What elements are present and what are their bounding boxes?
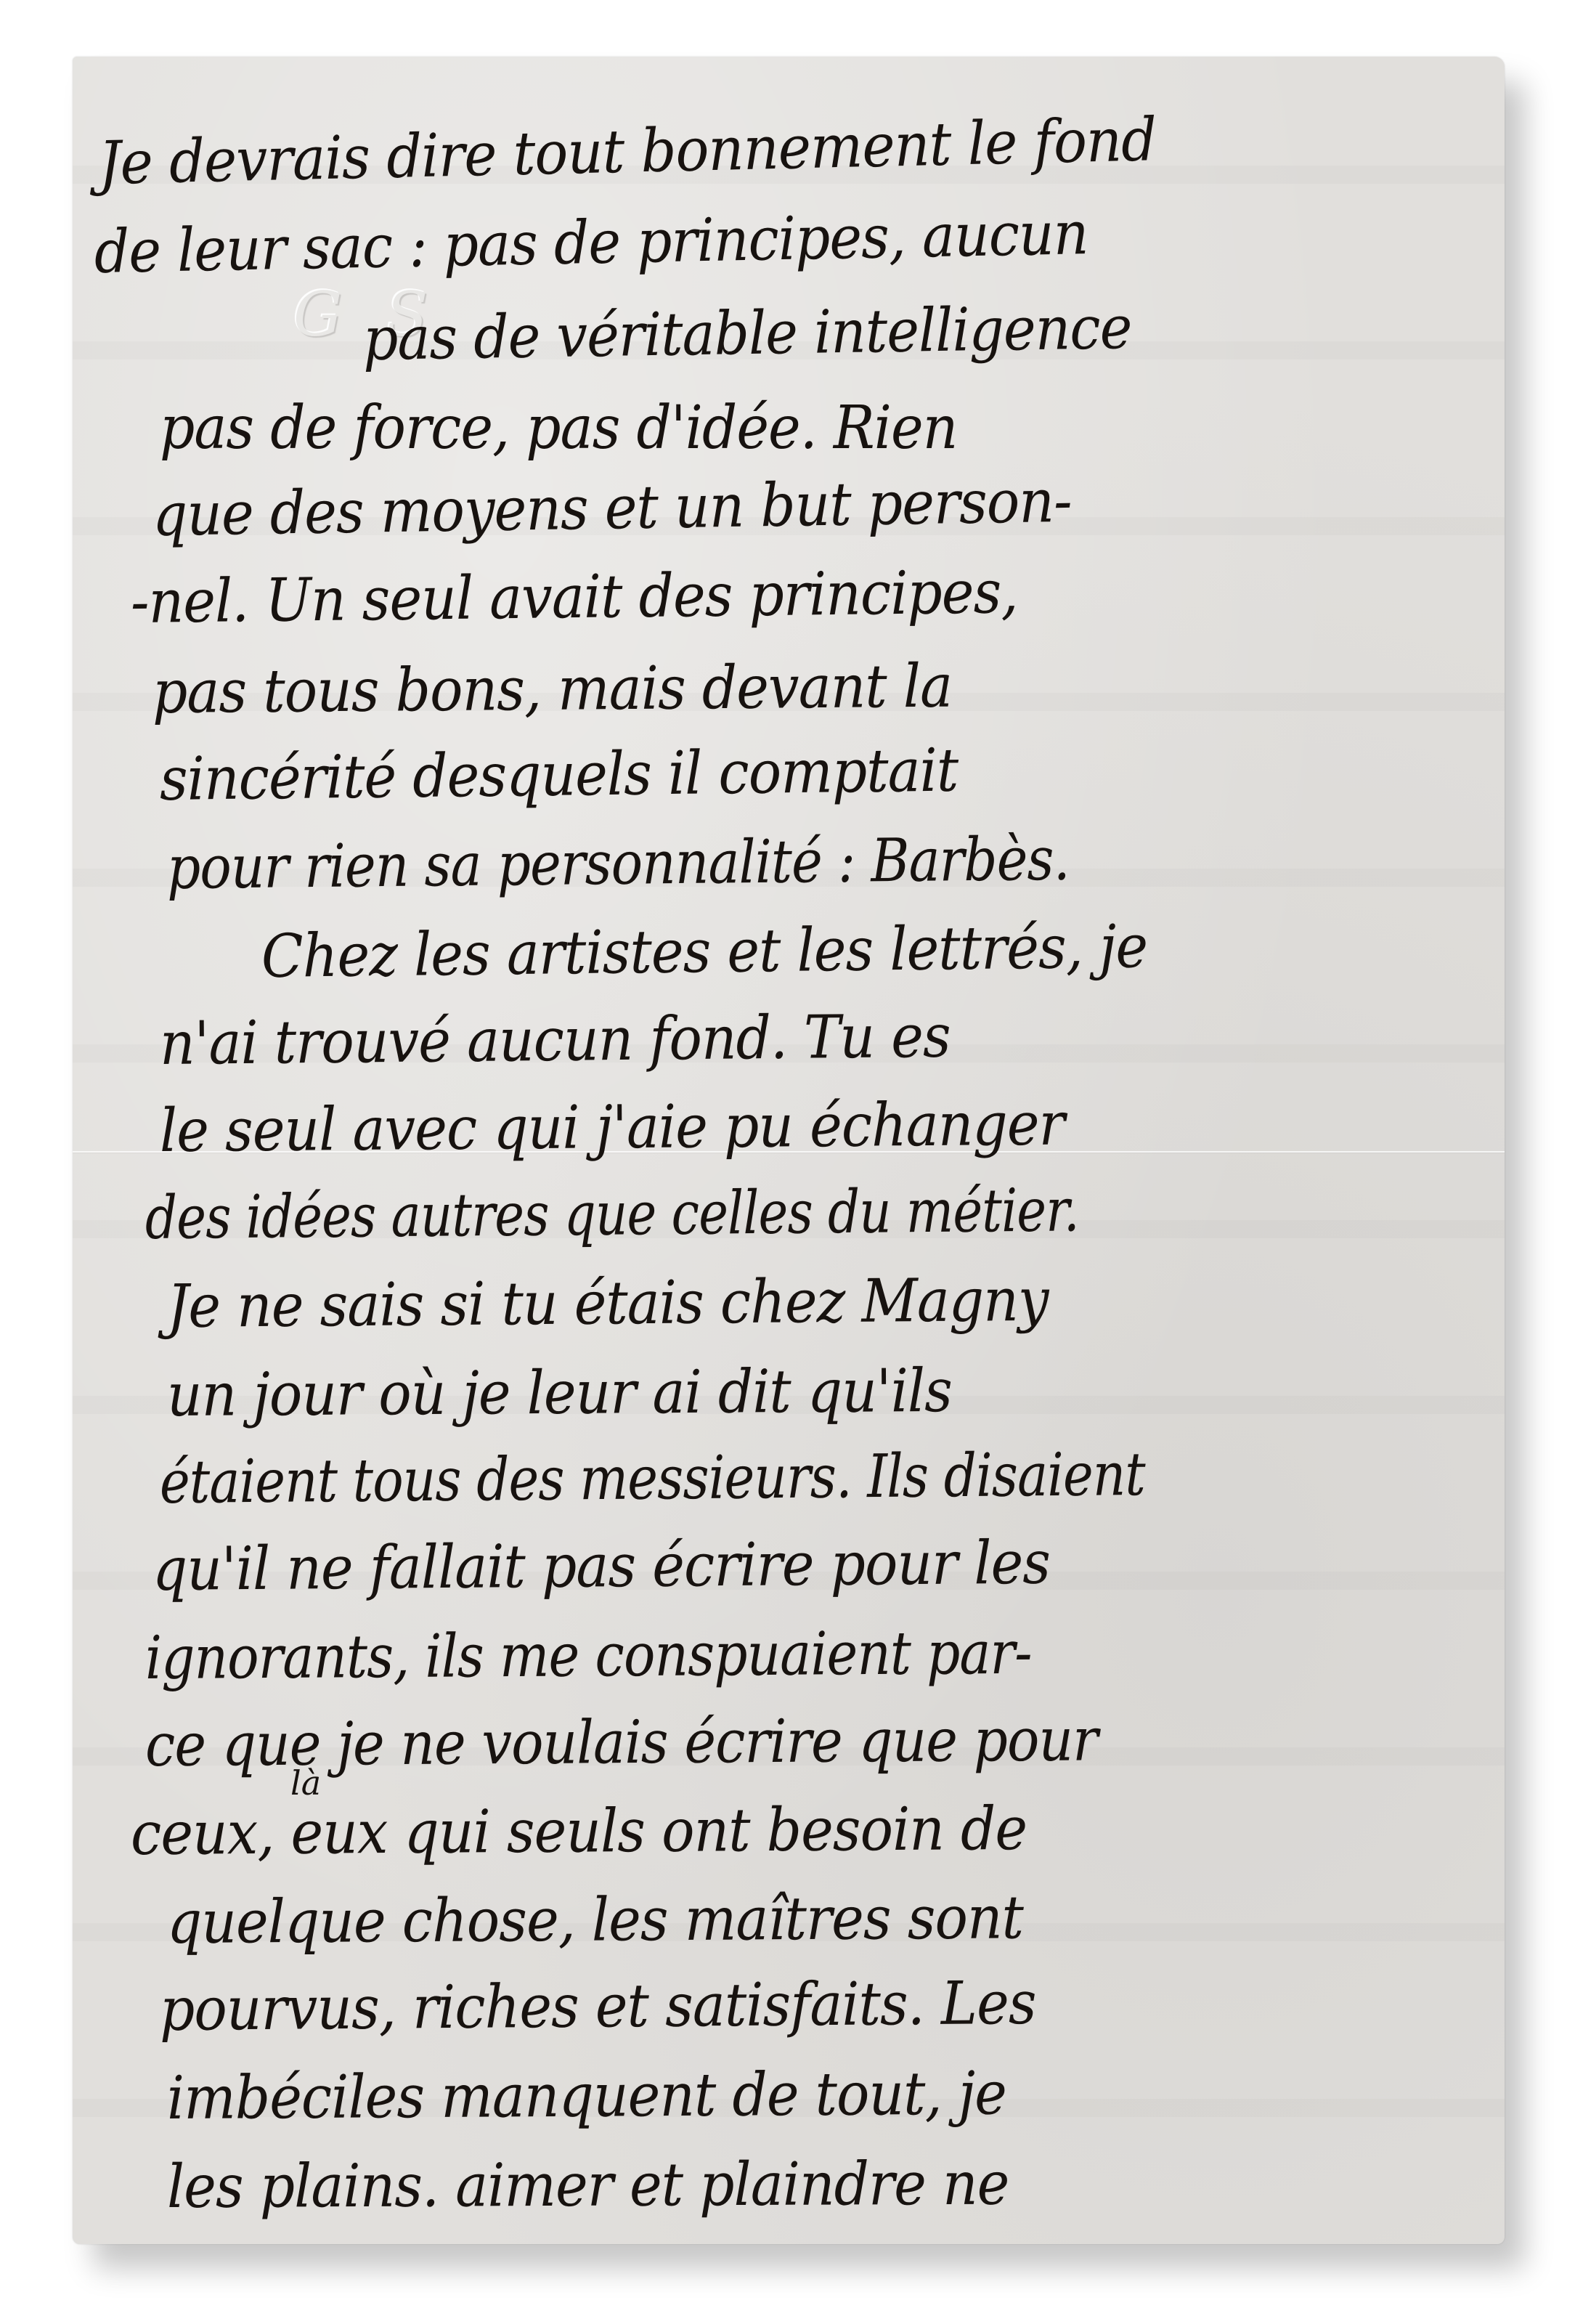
letter-line-21: quelque chose, les maîtres sont	[167, 1882, 1024, 1959]
letter-line-5: que des moyens et un but person-	[152, 466, 1072, 552]
letter-line-12: le seul avec qui j'aie pu échanger	[160, 1089, 1065, 1168]
letter-line-20: ceux, eux qui seuls ont besoin de	[131, 1793, 1027, 1871]
letter-line-4: pas de force, pas d'idée. Rien	[160, 392, 957, 465]
letter-line-13: des idées autres que celles du métier.	[145, 1174, 1079, 1255]
letter-line-6: -nel. Un seul avait des principes,	[131, 556, 1018, 639]
letter-line-18: ignorants, ils me conspuaient par-	[145, 1617, 1032, 1695]
letter-page: G S Je devrais dire tout bonnement le fo…	[73, 57, 1505, 2244]
letter-line-3: pas de véritable intelligence	[362, 292, 1132, 376]
letter-line-23: imbéciles manquent de tout, je	[167, 2057, 1006, 2135]
letter-line-10: Chez les artistes et les lettrés, je	[261, 911, 1148, 994]
letter-line-17: qu'il ne fallait pas écrire pour les	[152, 1527, 1051, 1606]
letter-line-15: un jour où je leur ai dit qu'ils	[167, 1355, 952, 1432]
letter-line-8: sincérité desquels il comptait	[160, 734, 959, 816]
letter-line-7: pas tous bons, mais devant la	[152, 651, 953, 729]
letter-line-1: Je devrais dire tout bonnement le fond	[98, 104, 1157, 200]
letter-line-2: de leur sac : pas de principes, aucun	[94, 198, 1088, 289]
line-2-text: de leur sac : pas de principes, aucun	[94, 199, 1088, 287]
letter-line-11: n'ai trouvé aucun fond. Tu es	[160, 1001, 951, 1081]
letter-line-9: pour rien sa personnalité : Barbès.	[167, 824, 1070, 905]
letter-line-22: pourvus, riches et satisfaits. Les	[160, 1967, 1036, 2047]
monogram-letter-g: G	[283, 275, 352, 354]
letter-line-16: étaient tous des messieurs. Ils disaient	[160, 1439, 1145, 1519]
letter-line-19: ce que je ne voulais écrire que pour	[145, 1704, 1098, 1782]
letter-line-14: Je ne sais si tu étais chez Magny	[167, 1264, 1049, 1344]
letter-line-24: les plains. aimer et plaindre ne	[167, 2148, 1009, 2224]
